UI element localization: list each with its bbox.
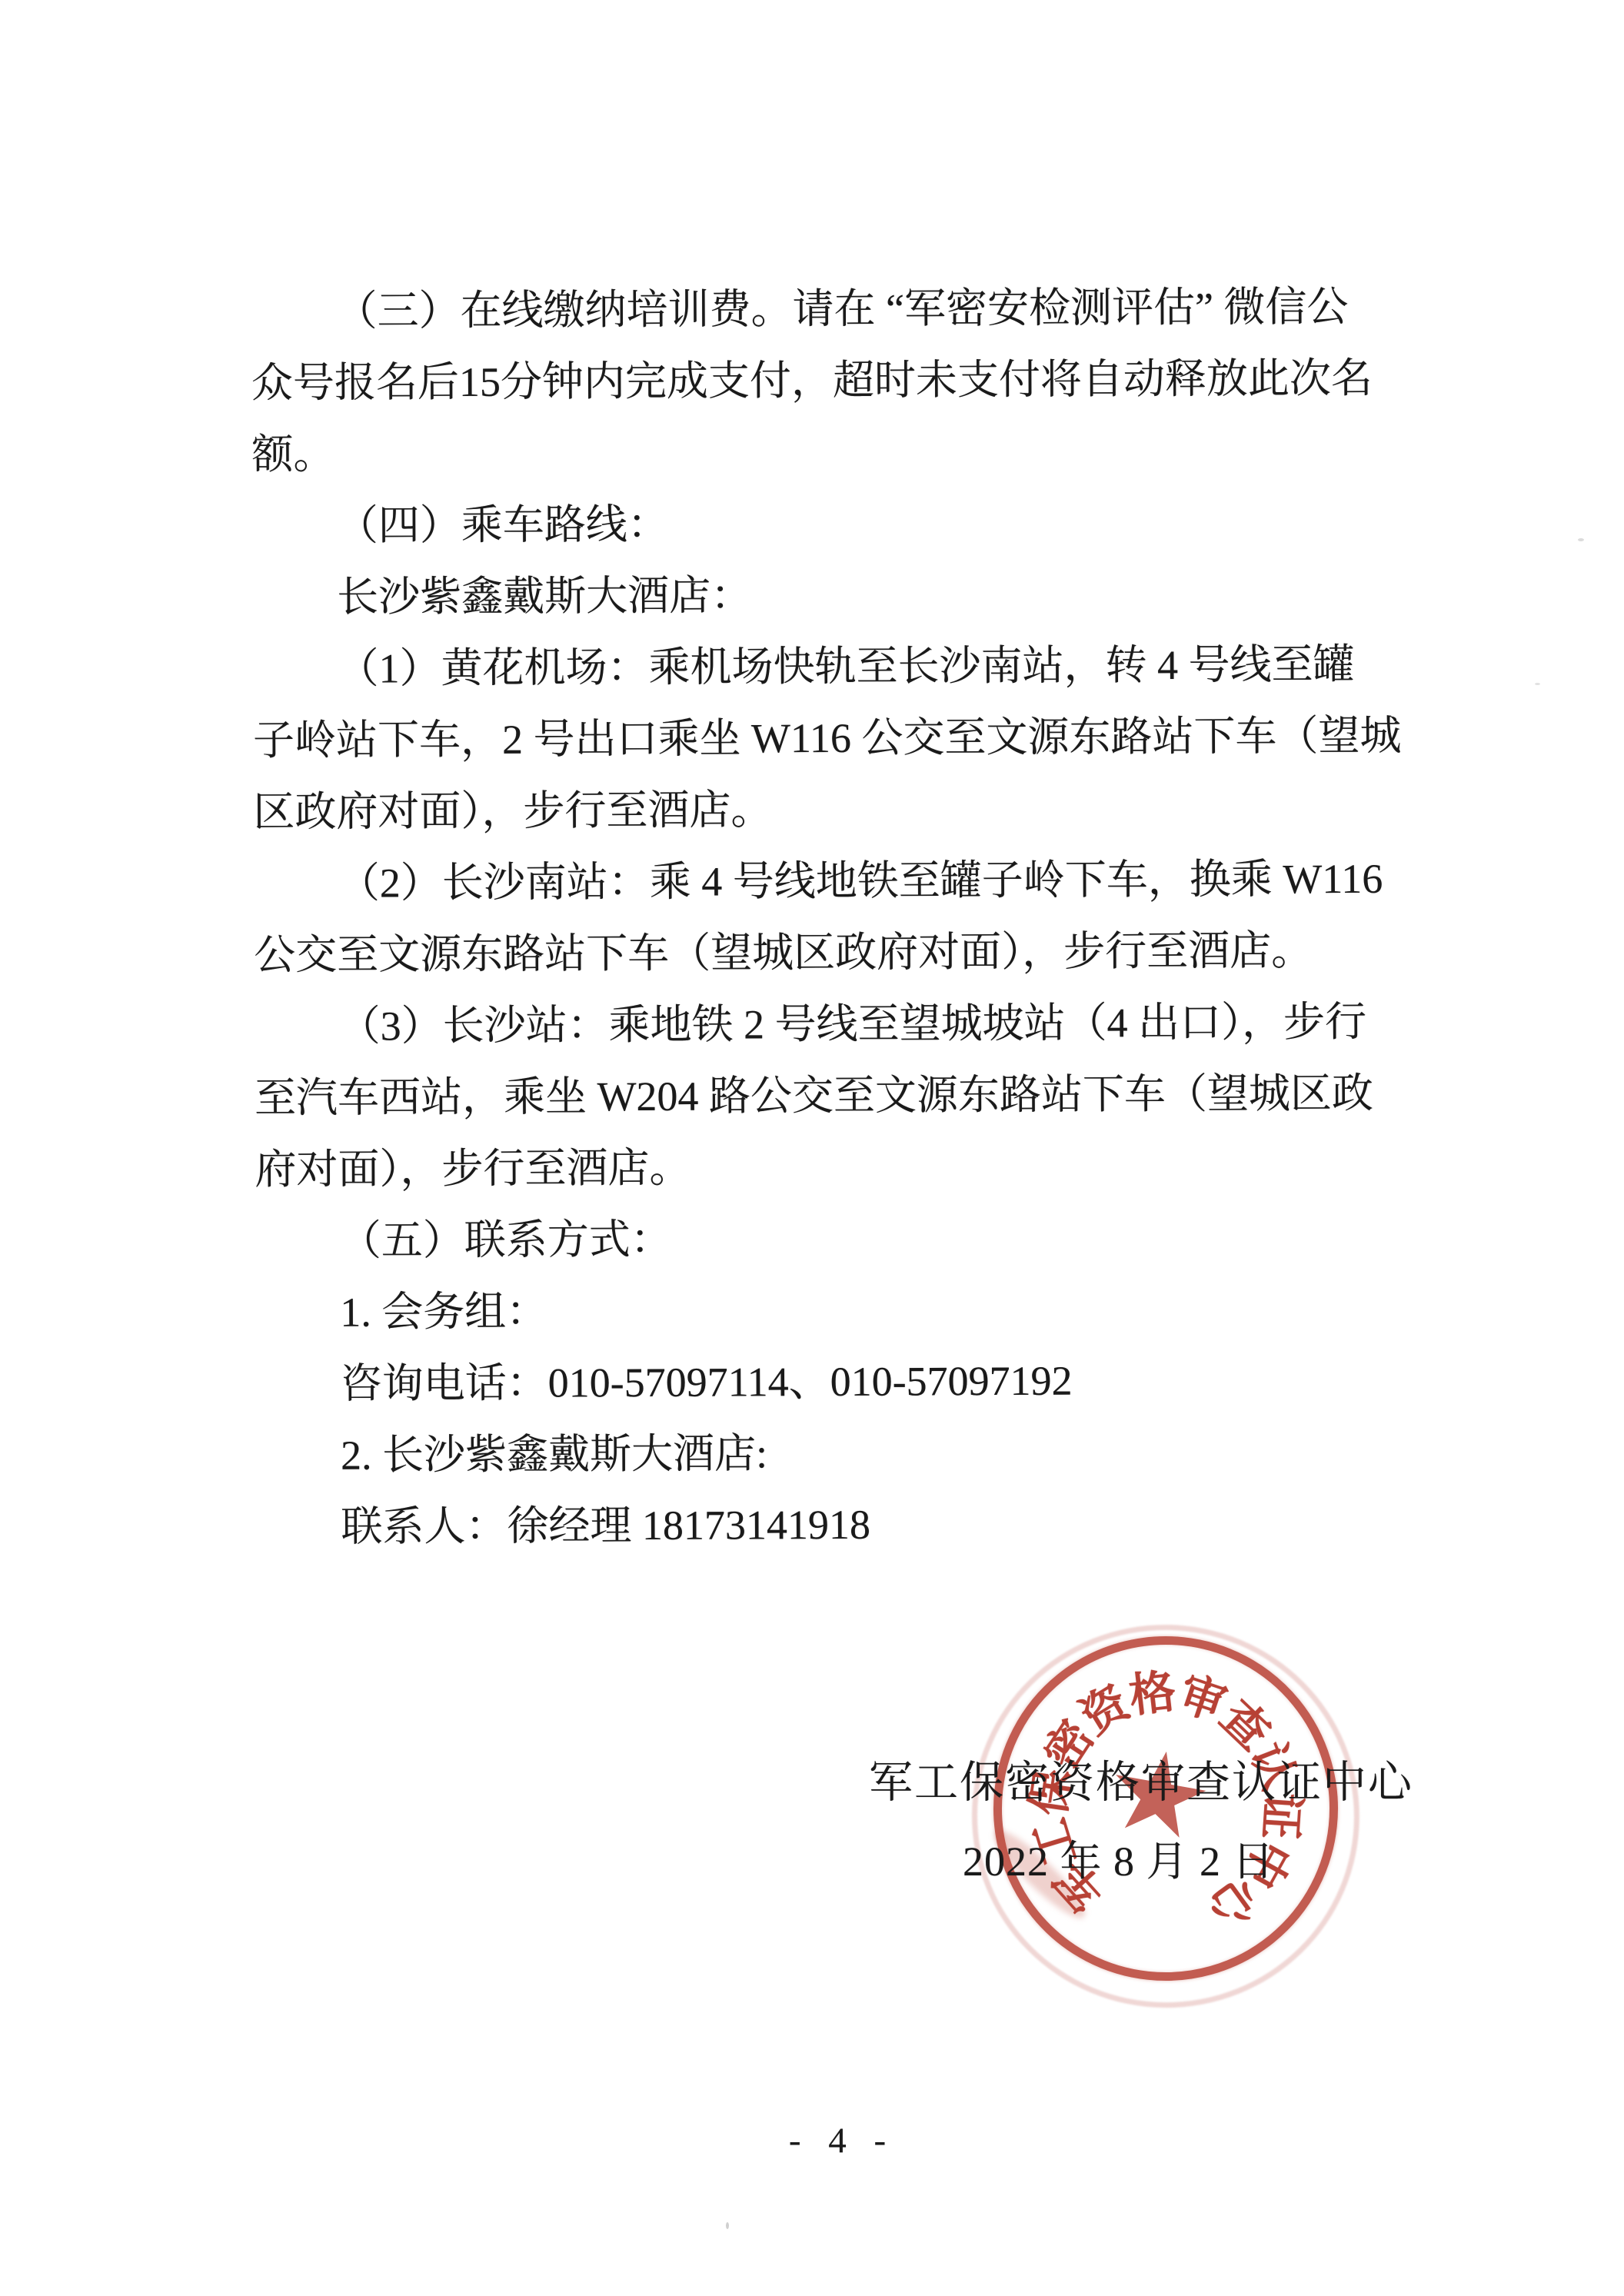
body-line: （三）在线缴纳培训费。请在 “军密安检测评估” 微信公 xyxy=(251,271,1387,348)
page-number: - 4 - xyxy=(30,2120,1624,2161)
scan-speck xyxy=(1578,538,1584,541)
body-line: （3）长沙站：乘地铁 2 号线至望城坡站（4 出口），步行 xyxy=(254,987,1390,1063)
body-line: 联系人：徐经理 18173141918 xyxy=(256,1487,1393,1563)
body-line: 咨询电话：010-57097114、010-57097192 xyxy=(255,1344,1392,1420)
body-line: 众号报名后15分钟内完成支付，超时未支付将自动释放此次名 xyxy=(251,343,1388,419)
body-line: （1）黄花机场：乘机场快轨至长沙南站，转 4 号线至罐 xyxy=(252,629,1389,705)
body-line: 公交至文源东路站下车（望城区政府对面），步行至酒店。 xyxy=(254,915,1390,991)
body-text: （三）在线缴纳培训费。请在 “军密安检测评估” 微信公众号报名后15分钟内完成支… xyxy=(251,271,1393,1563)
signature-date: 2022 年 8 月 2 日 xyxy=(963,1828,1275,1888)
body-line: 长沙紫鑫戴斯大酒店： xyxy=(252,557,1389,634)
scan-speck xyxy=(1535,683,1540,685)
body-line: （2）长沙南站：乘 4 号线地铁至罐子岭下车，换乘 W116 xyxy=(254,844,1390,920)
signature-organization: 军工保密资格审查认证中心 xyxy=(869,1747,1413,1810)
body-line: 至汽车西站，乘坐 W204 路公交至文源东路站下车（望城区政 xyxy=(255,1058,1391,1134)
body-line: （四）乘车路线： xyxy=(252,486,1389,562)
body-line: 1. 会务组： xyxy=(255,1273,1392,1349)
body-line: （五）联系方式： xyxy=(255,1201,1392,1277)
scan-speck xyxy=(726,2222,729,2229)
body-line: 额。 xyxy=(251,414,1388,491)
body-line: 2. 长沙紫鑫戴斯大酒店: xyxy=(256,1416,1393,1492)
document-page: （三）在线缴纳培训费。请在 “军密安检测评估” 微信公众号报名后15分钟内完成支… xyxy=(0,0,1624,2296)
body-line: 府对面），步行至酒店。 xyxy=(255,1130,1391,1206)
body-line: 区政府对面），步行至酒店。 xyxy=(253,772,1389,848)
body-line: 子岭站下车，2 号出口乘坐 W116 公交至文源东路站下车（望城 xyxy=(253,700,1389,777)
